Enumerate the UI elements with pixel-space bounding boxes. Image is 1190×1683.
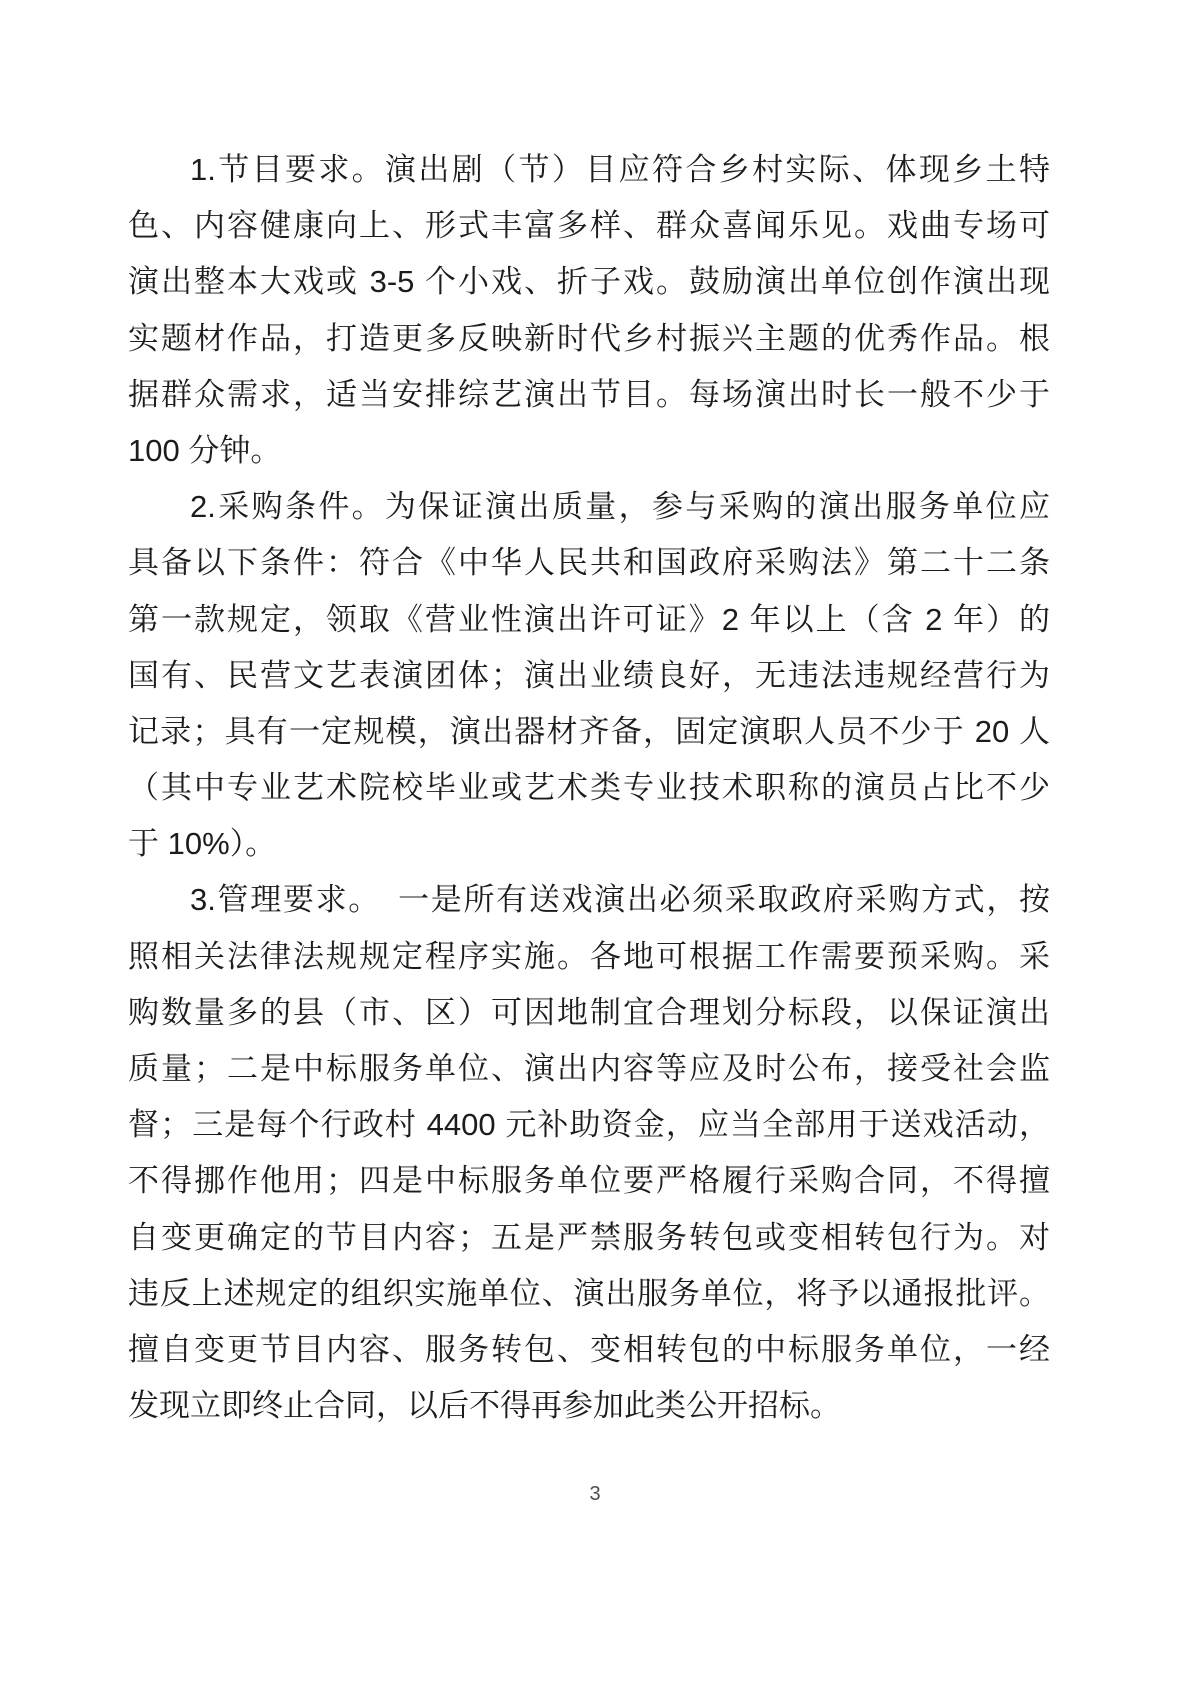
text-line: 实题材作品，打造更多反映新时代乡村振兴主题的优秀作品。根 xyxy=(128,311,1050,367)
paragraph-management-requirements: 3.管理要求。 一是所有送戏演出必须采取政府采购方式，按 照相关法律法规规定程序… xyxy=(128,872,1050,1434)
text-line: 2.采购条件。为保证演出质量，参与采购的演出服务单位应 xyxy=(128,479,1050,535)
text-line: 国有、民营文艺表演团体；演出业绩良好，无违法违规经营行为 xyxy=(128,648,1050,704)
text-line: 发现立即终止合同，以后不得再参加此类公开招标。 xyxy=(128,1378,1050,1434)
text-line: （其中专业艺术院校毕业或艺术类专业技术职称的演员占比不少 xyxy=(128,760,1050,816)
text-line: 第一款规定，领取《营业性演出许可证》2 年以上（含 2 年）的 xyxy=(128,592,1050,648)
paragraph-procurement-conditions: 2.采购条件。为保证演出质量，参与采购的演出服务单位应 具备以下条件：符合《中华… xyxy=(128,479,1050,872)
text-line: 质量；二是中标服务单位、演出内容等应及时公布，接受社会监 xyxy=(128,1041,1050,1097)
text-line: 于 10%）。 xyxy=(128,816,1050,872)
text-line: 3.管理要求。 一是所有送戏演出必须采取政府采购方式，按 xyxy=(128,872,1050,928)
paragraph-program-requirements: 1.节目要求。演出剧（节）目应符合乡村实际、体现乡土特 色、内容健康向上、形式丰… xyxy=(128,142,1050,479)
text-line: 照相关法律法规规定程序实施。各地可根据工作需要预采购。采 xyxy=(128,929,1050,985)
text-line: 100 分钟。 xyxy=(128,423,1050,479)
document-body: 1.节目要求。演出剧（节）目应符合乡村实际、体现乡土特 色、内容健康向上、形式丰… xyxy=(128,142,1050,1434)
text-line: 自变更确定的节目内容；五是严禁服务转包或变相转包行为。对 xyxy=(128,1210,1050,1266)
text-line: 记录；具有一定规模，演出器材齐备，固定演职人员不少于 20 人 xyxy=(128,704,1050,760)
text-line: 不得挪作他用；四是中标服务单位要严格履行采购合同，不得擅 xyxy=(128,1153,1050,1209)
text-line: 具备以下条件：符合《中华人民共和国政府采购法》第二十二条 xyxy=(128,535,1050,591)
text-line: 演出整本大戏或 3-5 个小戏、折子戏。鼓励演出单位创作演出现 xyxy=(128,254,1050,310)
document-page: 1.节目要求。演出剧（节）目应符合乡村实际、体现乡土特 色、内容健康向上、形式丰… xyxy=(0,0,1190,1683)
text-line: 擅自变更节目内容、服务转包、变相转包的中标服务单位，一经 xyxy=(128,1322,1050,1378)
text-line: 据群众需求，适当安排综艺演出节目。每场演出时长一般不少于 xyxy=(128,367,1050,423)
text-line: 督；三是每个行政村 4400 元补助资金，应当全部用于送戏活动， xyxy=(128,1097,1050,1153)
text-line: 违反上述规定的组织实施单位、演出服务单位，将予以通报批评。 xyxy=(128,1266,1050,1322)
text-line: 1.节目要求。演出剧（节）目应符合乡村实际、体现乡土特 xyxy=(128,142,1050,198)
text-line: 购数量多的县（市、区）可因地制宜合理划分标段，以保证演出 xyxy=(128,985,1050,1041)
text-line: 色、内容健康向上、形式丰富多样、群众喜闻乐见。戏曲专场可 xyxy=(128,198,1050,254)
page-number: 3 xyxy=(0,1482,1190,1506)
